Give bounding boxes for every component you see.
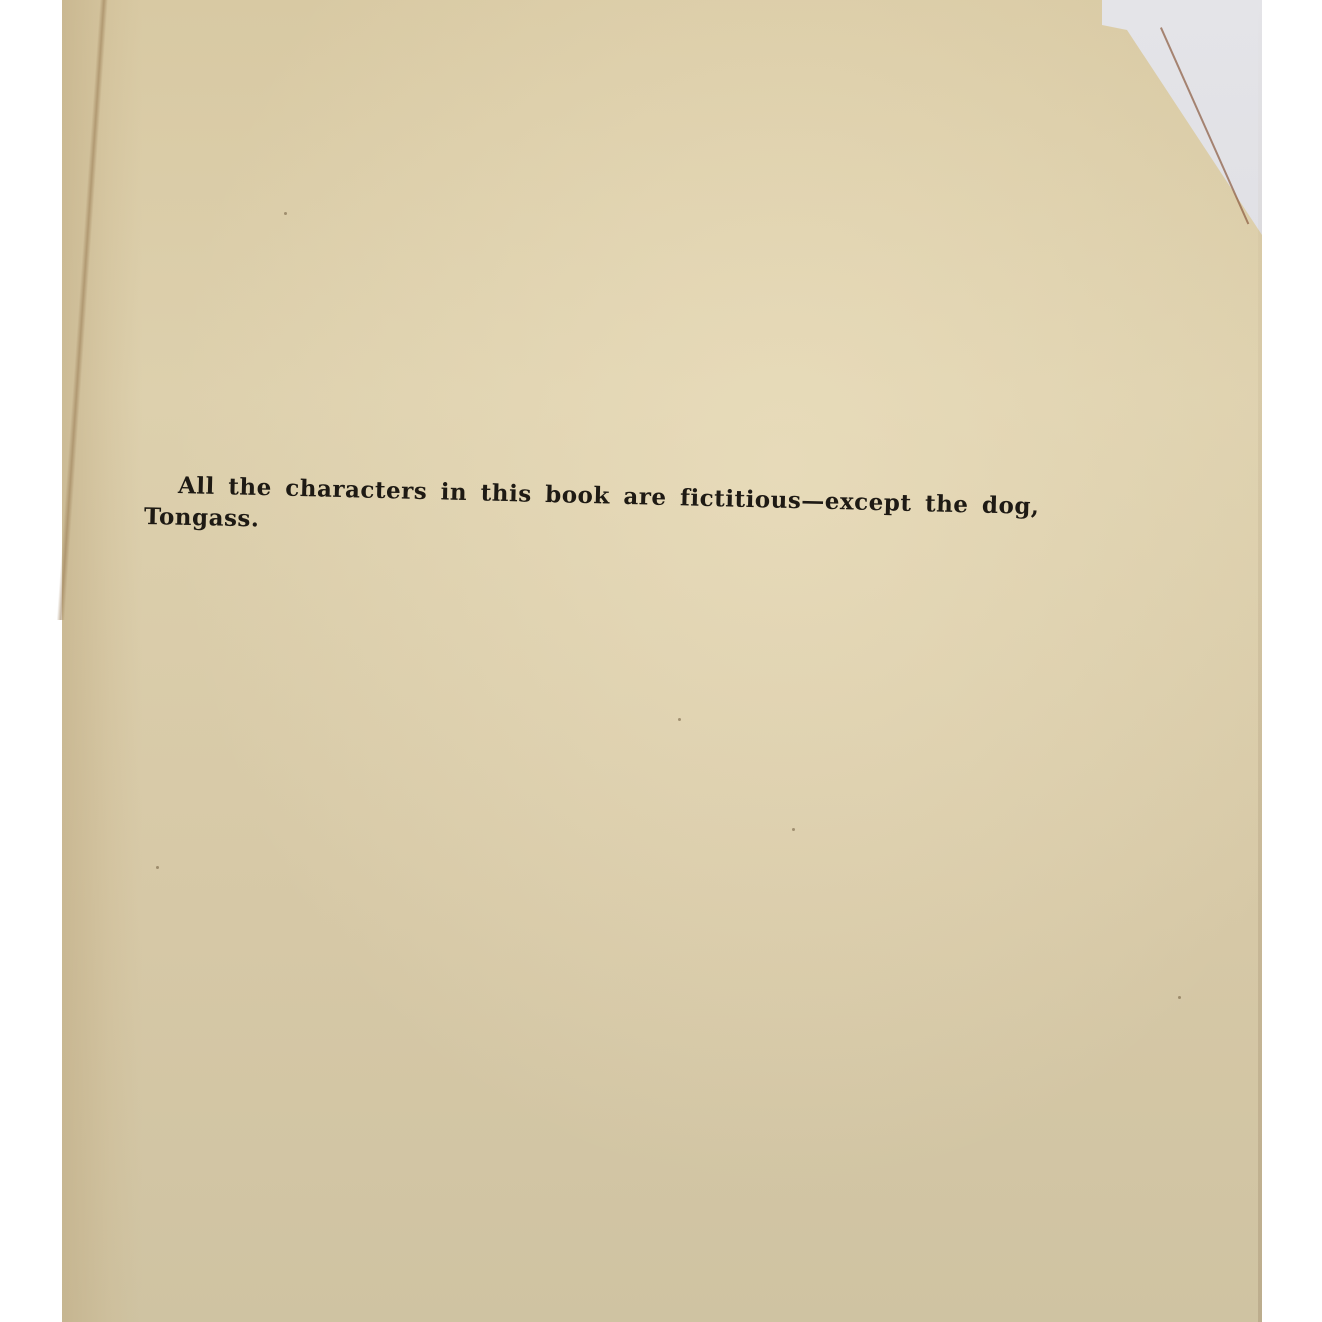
paper-speck (792, 828, 795, 831)
page-right-edge (1258, 0, 1262, 1322)
paper-speck (678, 718, 681, 721)
paper-speck (1178, 996, 1181, 999)
photo-scene: All the characters in this book are fict… (0, 0, 1322, 1322)
book-page (62, 0, 1262, 1322)
paper-speck (156, 866, 159, 869)
disclaimer-line-2: Tongass. (144, 503, 260, 532)
paper-speck (284, 212, 287, 215)
